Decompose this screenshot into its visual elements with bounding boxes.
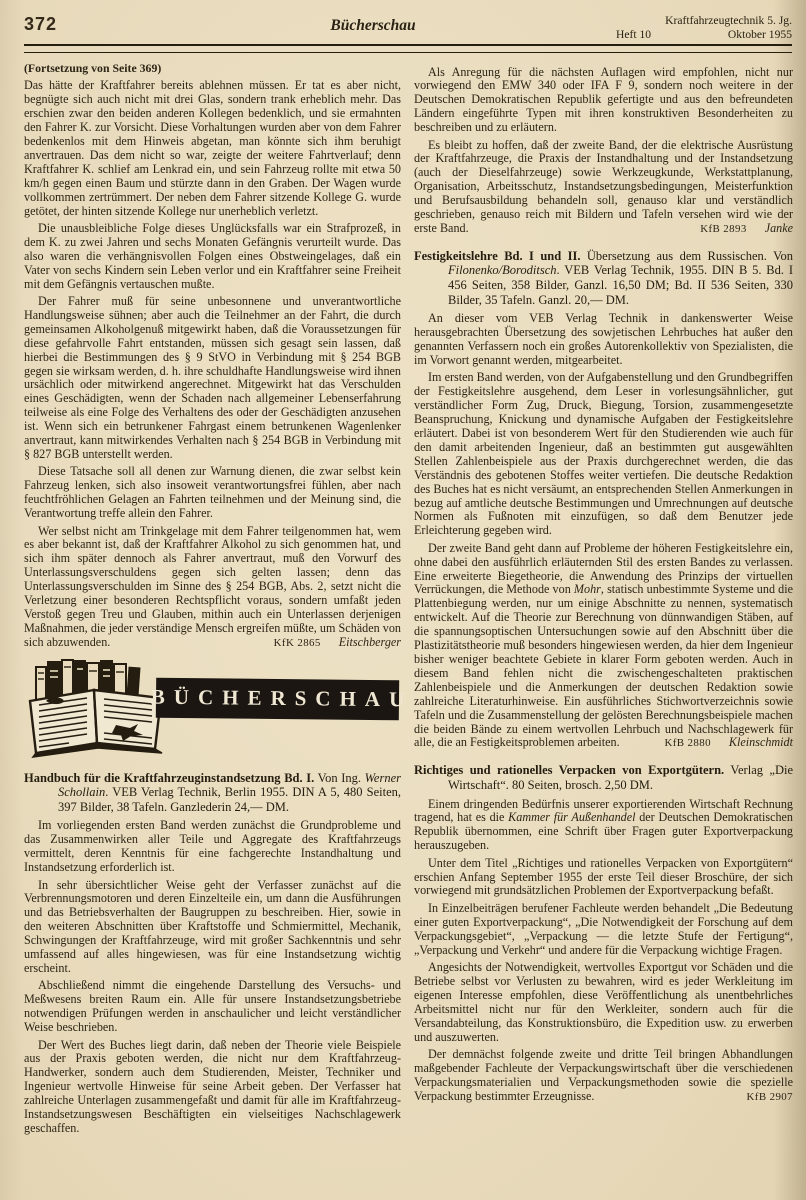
body-paragraph: Unter dem Titel „Richtiges und rationell…: [414, 857, 793, 899]
body-paragraph: Als Anregung für die nächsten Auflagen w…: [414, 66, 793, 136]
review-signature: KfB 2880Kleinschmidt: [650, 736, 793, 751]
text-segment: In Einzelbeiträgen berufener Fachleute w…: [414, 901, 793, 957]
continuation-note: (Fortsetzung von Seite 369): [24, 62, 401, 76]
right-column: Als Anregung für die nächsten Auflagen w…: [414, 62, 793, 1139]
reviewer-name: Kleinschmidt: [729, 735, 793, 749]
review-signature: KfB 2907: [733, 1090, 793, 1105]
text-segment: Wer selbst nicht am Trinkgelage mit dem …: [24, 524, 401, 649]
text-segment: Als Anregung für die nächsten Auflagen w…: [414, 65, 793, 135]
body-paragraph: Die unausbleibliche Folge dieses Unglück…: [24, 222, 401, 292]
text-segment: . VEB Verlag Technik, Berlin 1955. DIN A…: [58, 785, 401, 814]
issue-number: Heft 10: [616, 28, 651, 42]
text-segment: Unter dem Titel „Richtiges und rationell…: [414, 856, 793, 898]
issue-date: Oktober 1955: [728, 28, 792, 42]
text-segment: Im vorliegenden ersten Band werden zunäc…: [24, 818, 401, 874]
right-column-reviews: Als Anregung für die nächsten Auflagen w…: [414, 66, 793, 1105]
text-segment: Festigkeitslehre Bd. I und II.: [414, 249, 580, 263]
text-segment: An dieser vom VEB Verlag Technik in dank…: [414, 311, 793, 367]
text-segment: Diese Tatsache soll all denen zur Warnun…: [24, 464, 401, 520]
page-header: 372 Bücherschau Kraftfahrzeugtechnik 5. …: [0, 0, 806, 41]
body-paragraph: Im ersten Band werden, von der Aufgabens…: [414, 371, 793, 538]
journal-info: Kraftfahrzeugtechnik 5. Jg. Heft 10 Okto…: [602, 14, 792, 41]
text-segment: Abschließend nimmt die eingehende Darste…: [24, 978, 401, 1034]
section-title: Bücherschau: [144, 14, 602, 35]
body-paragraph: In sehr übersichtlicher Weise geht der V…: [24, 879, 401, 976]
body-paragraph: Abschließend nimmt die eingehende Darste…: [24, 979, 401, 1035]
page-number: 372: [24, 14, 144, 35]
body-paragraph: Der demnächst folgende zweite und dritte…: [414, 1048, 793, 1105]
scanned-journal-page: 372 Bücherschau Kraftfahrzeugtechnik 5. …: [0, 0, 806, 1200]
text-segment: Der Wert des Buches liegt darin, daß neb…: [24, 1038, 401, 1135]
text-segment: Der Fahrer muß für seine unbesonnene und…: [24, 294, 401, 461]
body-paragraph: An dieser vom VEB Verlag Technik in dank…: [414, 312, 793, 368]
body-paragraph: Im vorliegenden ersten Band werden zunäc…: [24, 819, 401, 875]
two-column-text: (Fortsetzung von Seite 369) Das hätte de…: [0, 62, 806, 1139]
banner-title: BÜCHERSCHAU: [142, 690, 413, 707]
review-heading: Handbuch für die Kraftfahrzeuginstandset…: [24, 771, 401, 815]
text-segment: Es bleibt zu hoffen, daß der zweite Band…: [414, 138, 793, 235]
text-segment: In sehr übersichtlicher Weise geht der V…: [24, 878, 401, 975]
body-paragraph: Wer selbst nicht am Trinkgelage mit dem …: [24, 525, 401, 651]
text-segment: Filonenko/Boroditsch: [448, 263, 557, 277]
review-heading: Richtiges und rationelles Verpacken von …: [414, 763, 793, 792]
text-segment: Von Ing.: [314, 771, 364, 785]
body-paragraph: Der Wert des Buches liegt darin, daß neb…: [24, 1039, 401, 1136]
body-paragraph: Diese Tatsache soll all denen zur Warnun…: [24, 465, 401, 521]
review-signature: KfB 2893Janke: [686, 222, 793, 237]
journal-name: Kraftfahrzeugtechnik 5. Jg.: [602, 14, 792, 28]
buecherschau-banner: BÜCHERSCHAU: [24, 655, 401, 759]
text-segment: Das hätte der Kraftfahrer bereits ablehn…: [24, 78, 401, 217]
text-segment: , statisch unbestimmte Systeme und die P…: [414, 582, 793, 749]
review-signature: KfK 2865Eitschberger: [260, 636, 401, 651]
court-case-article: Das hätte der Kraftfahrer bereits ablehn…: [24, 79, 401, 650]
body-paragraph: Es bleibt zu hoffen, daß der zweite Band…: [414, 139, 793, 237]
body-paragraph: Angesichts der Notwendigkeit, wertvolles…: [414, 961, 793, 1044]
text-segment: Kammer für Außenhandel: [508, 810, 635, 824]
handbuch-review: Handbuch für die Kraftfahrzeuginstandset…: [24, 771, 401, 1136]
review-heading: Festigkeitslehre Bd. I und II. Übersetzu…: [414, 249, 793, 307]
text-segment: Angesichts der Notwendigkeit, wertvolles…: [414, 960, 793, 1044]
body-paragraph: Das hätte der Kraftfahrer bereits ablehn…: [24, 79, 401, 218]
review-code: KfK 2865: [274, 637, 321, 649]
text-segment: Übersetzung aus dem Russischen. Von: [580, 249, 793, 263]
text-segment: Richtiges und rationelles Verpacken von …: [414, 763, 724, 777]
review-code: KfB 2907: [747, 1091, 793, 1103]
reviewer-name: Janke: [765, 221, 793, 235]
body-paragraph: In Einzelbeiträgen berufener Fachleute w…: [414, 902, 793, 958]
reviewer-name: Eitschberger: [339, 635, 401, 649]
text-segment: Handbuch für die Kraftfahrzeuginstandset…: [24, 771, 314, 785]
left-column: (Fortsetzung von Seite 369) Das hätte de…: [24, 62, 401, 1139]
text-segment: Die unausbleibliche Folge dieses Unglück…: [24, 221, 401, 291]
review-code: KfB 2880: [664, 737, 710, 749]
body-paragraph: Der Fahrer muß für seine unbesonnene und…: [24, 295, 401, 462]
header-rule: [24, 44, 792, 53]
buecherschau-banner-bar: BÜCHERSCHAU: [156, 677, 399, 720]
body-paragraph: Einem dringenden Bedürfnis unserer expor…: [414, 798, 793, 854]
text-segment: Mohr: [574, 582, 601, 596]
issue-date-line: Heft 10 Oktober 1955: [602, 28, 792, 42]
text-segment: Im ersten Band werden, von der Aufgabens…: [414, 370, 793, 537]
body-paragraph: Der zweite Band geht dann auf Probleme d…: [414, 542, 793, 752]
review-code: KfB 2893: [700, 223, 746, 235]
